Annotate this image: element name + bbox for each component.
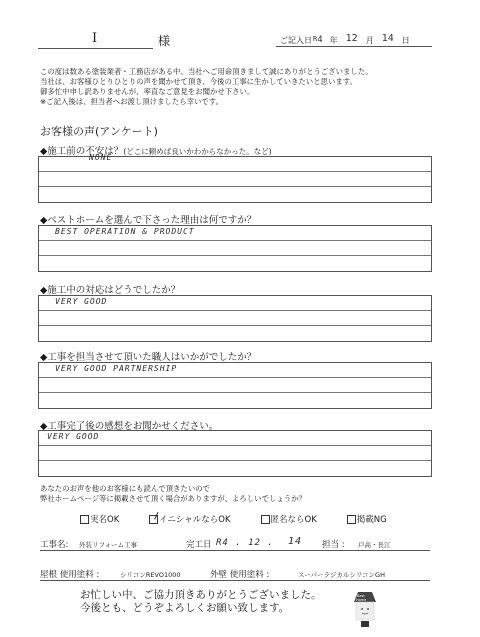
section-title: お客様の声(アンケート) bbox=[40, 123, 158, 139]
option-initials[interactable]: イニシャルならOK bbox=[149, 513, 230, 525]
intro-line: 当社は、お客様ひとりひとりの声を聞かせて頂き、今後の工事に生かしていきたいと思い… bbox=[40, 77, 373, 87]
roof-paint-label: 屋根 使用塗料 : bbox=[40, 568, 99, 580]
answer-box-1[interactable]: NONE bbox=[38, 156, 432, 203]
checkbox-checked-icon[interactable] bbox=[149, 515, 158, 524]
checkbox-icon[interactable] bbox=[347, 515, 356, 524]
day-label: 日 bbox=[402, 35, 410, 46]
answer-text: VERY GOOD bbox=[47, 432, 99, 441]
option-no-publish[interactable]: 掲載NG bbox=[347, 513, 387, 525]
customer-name: I bbox=[92, 31, 97, 46]
date-label: ご記入日 bbox=[280, 35, 312, 46]
completion-value: R4 . 12 . bbox=[216, 538, 274, 548]
completion-day: 14 bbox=[288, 536, 302, 547]
wall-paint-label: 外壁 使用塗料 : bbox=[210, 568, 269, 580]
option-label: イニシャルならOK bbox=[159, 513, 230, 525]
staff-label: 担当 : bbox=[322, 538, 345, 550]
answer-box-5[interactable]: VERY GOOD bbox=[38, 430, 432, 477]
project-name-label: 工事名: bbox=[40, 538, 68, 550]
consent-line: 弊社ホームページ等に掲載させて頂く場合がありますが、よろしいでしょうか？ bbox=[40, 494, 306, 504]
roof-paint-value: シリコンREVO1000 bbox=[120, 570, 180, 579]
name-underline bbox=[38, 47, 153, 49]
question-3-label: ◆施工中の対応はどうでしたか？ bbox=[40, 282, 180, 296]
closing-message: お忙しい中、ご協力頂きありがとうございました。 今後とも、どうぞよろしくお願い致… bbox=[80, 589, 322, 615]
consent-text: あなたのお声を他のお客様にも読んで頂きたいので 弊社ホームページ等に掲載させて頂… bbox=[40, 484, 306, 504]
wall-paint-value: スーパーラジカルシリコンGH bbox=[298, 570, 385, 579]
paint-info-row: 屋根 使用塗料 : シリコンREVO1000 外壁 使用塗料 : スーパーラジカ… bbox=[40, 568, 430, 581]
consent-line: あなたのお声を他のお客様にも読んで頂きたいので bbox=[40, 484, 306, 494]
closing-line: お忙しい中、ご協力頂きありがとうございました。 bbox=[80, 589, 322, 602]
year-label: 年 bbox=[330, 35, 338, 46]
intro-text: この度は数ある塗装業者・工務店がある中、当社へご用命頂きまして誠にありがとうござ… bbox=[40, 67, 373, 107]
answer-text: VERY GOOD PARTNERSHIP bbox=[55, 364, 177, 373]
checkbox-icon[interactable] bbox=[261, 515, 270, 524]
question-2-label: ◆ベストホームを選んで下さった理由は何ですか？ bbox=[40, 212, 256, 226]
intro-line: この度は数ある塗装業者・工務店がある中、当社へご用命頂きまして誠にありがとうござ… bbox=[40, 67, 373, 77]
consent-options: 実名OK イニシャルならOK 匿名ならOK 掲載NG bbox=[80, 513, 417, 525]
answer-text: NONE bbox=[89, 153, 112, 162]
answer-box-2[interactable]: BEST OPERATION & PRODUCT bbox=[38, 225, 432, 272]
date-month: 12 bbox=[346, 33, 358, 46]
question-4-label: ◆工事を担当させて頂いた職人はいかがでしたか？ bbox=[40, 349, 256, 363]
staff-value: 戸高・長江 bbox=[358, 540, 391, 549]
option-label: 匿名ならOK bbox=[271, 513, 317, 525]
intro-line: 御多忙中申し訳ありませんが、率直なご意見をお聞かせ下さい。 bbox=[40, 87, 373, 97]
option-label: 掲載NG bbox=[357, 513, 387, 525]
answer-box-4[interactable]: VERY GOOD PARTNERSHIP bbox=[38, 362, 432, 409]
project-info-row: 工事名: 外装リフォーム工事 完工日 R4 . 12 . 14 担当 : 戸高・… bbox=[40, 538, 430, 551]
answer-text: BEST OPERATION & PRODUCT bbox=[55, 227, 195, 236]
date-day: 14 bbox=[382, 33, 394, 46]
answer-text: VERY GOOD bbox=[55, 297, 107, 306]
month-label: 月 bbox=[366, 35, 374, 46]
option-real-name[interactable]: 実名OK bbox=[80, 513, 119, 525]
date-underline bbox=[276, 46, 432, 47]
honorific: 様 bbox=[158, 32, 170, 49]
answer-box-3[interactable]: VERY GOOD bbox=[38, 295, 432, 342]
date-year: 4 bbox=[317, 35, 322, 46]
svg-text:Home: Home bbox=[356, 598, 366, 602]
question-1-label: ◆施工前の不安は？(どこに頼めば良いかわからなかった。など) bbox=[40, 143, 272, 157]
project-name-value: 外装リフォーム工事 bbox=[79, 540, 137, 549]
question-note: (どこに頼めば良いかわからなかった。など) bbox=[123, 147, 271, 156]
option-anonymous[interactable]: 匿名ならOK bbox=[261, 513, 317, 525]
best-home-logo-icon: Best Home bbox=[352, 590, 378, 632]
entry-date: ご記入日 R 4 年 12 月 14 日 bbox=[280, 35, 410, 46]
completion-label: 完工日 bbox=[186, 538, 212, 550]
closing-line: 今後とも、どうぞよろしくお願い致します。 bbox=[80, 602, 322, 615]
checkbox-icon[interactable] bbox=[80, 515, 89, 524]
intro-line: ※ご記入後は、担当者へお渡し頂けましたら幸いです。 bbox=[40, 97, 373, 107]
option-label: 実名OK bbox=[90, 513, 119, 525]
